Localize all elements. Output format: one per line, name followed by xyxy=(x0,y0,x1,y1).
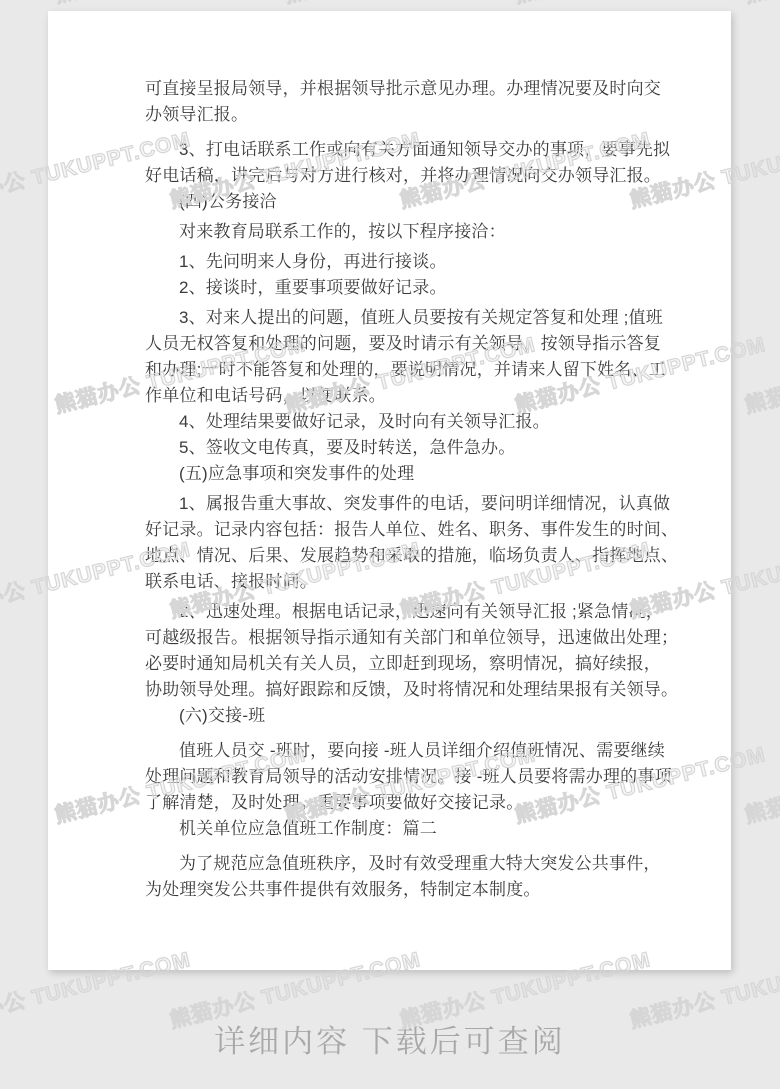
watermark-text: 熊猫办公 TUKUPPT.COM xyxy=(741,738,780,829)
text-line: 好电话稿，讲完后与对方进行核对，并将办理情况向交办领导汇报。 xyxy=(145,163,679,189)
text-line: 对来教育局联系工作的，按以下程序接洽： xyxy=(145,219,679,245)
document-page: 可直接呈报局领导，并根据领导批示意见办理。办理情况要及时向交办领导汇报。3、打电… xyxy=(48,11,731,970)
watermark-text: 熊猫办公 TUKUPPT.COM xyxy=(51,0,308,10)
text-line: (六)交接-班 xyxy=(145,703,679,729)
text-line: 为了规范应急值班秩序，及时有效受理重大特大突发公共事件， xyxy=(145,851,679,877)
text-line: 联系电话、接报时间。 xyxy=(145,569,679,595)
text-line: 值班人员交 -班时，要向接 -班人员详细介绍值班情况、需要继续 xyxy=(145,738,679,764)
text-line: 5、签收文电传真，要及时转送，急件急办。 xyxy=(145,435,679,461)
text-line: (五)应急事项和突发事件的处理 xyxy=(145,461,679,487)
text-line: 办领导汇报。 xyxy=(145,102,679,128)
text-line: 1、属报告重大事故、突发事件的电话，要问明详细情况，认真做 xyxy=(145,491,679,517)
watermark-text: 熊猫办公 TUKUPPT.COM xyxy=(281,0,538,10)
preview-background: { "colors": { "background": "#e9e9e9", "… xyxy=(0,0,780,1089)
text-line: 协助领导处理。搞好跟踪和反馈，及时将情况和处理结果报有关领导。 xyxy=(145,677,679,703)
watermark-text: 熊猫办公 TUKUPPT.COM xyxy=(511,0,768,10)
text-line: 处理问题和教育局领导的活动安排情况。接 -班人员要将需办理的事项 xyxy=(145,764,679,790)
text-line: 2、迅速处理。根据电话记录，迅速向有关领导汇报 ;紧急情况， xyxy=(145,599,679,625)
text-line: 为处理突发公共事件提供有效服务，特制定本制度。 xyxy=(145,877,679,903)
watermark-text: 熊猫办公 TUKUPPT.COM xyxy=(741,0,780,10)
text-line: 必要时通知局机关有关人员，立即赶到现场，察明情况，搞好续报， xyxy=(145,651,679,677)
document-text: 可直接呈报局领导，并根据领导批示意见办理。办理情况要及时向交办领导汇报。3、打电… xyxy=(145,76,679,903)
watermark-text: 熊猫办公 TUKUPPT.COM xyxy=(741,328,780,419)
text-line: 3、对来人提出的问题，值班人员要按有关规定答复和处理 ;值班 xyxy=(145,305,679,331)
download-caption: 详细内容 下载后可查阅 xyxy=(0,1016,780,1061)
text-line: 人员无权答复和处理的问题，要及时请示有关领导，按领导指示答复 xyxy=(145,331,679,357)
text-line: 可越级报告。根据领导指示通知有关部门和单位领导，迅速做出处理； xyxy=(145,625,679,651)
text-line: 地点、情况、后果、发展趋势和采取的措施，临场负责人、指挥地点、 xyxy=(145,543,679,569)
text-line: 了解清楚，及时处理。重要事项要做好交接记录。 xyxy=(145,790,679,816)
text-line: 作单位和电话号码，以便联系。 xyxy=(145,383,679,409)
text-line: 3、打电话联系工作或向有关方面通知领导交办的事项，要事先拟 xyxy=(145,137,679,163)
text-line: 4、处理结果要做好记录，及时向有关领导汇报。 xyxy=(145,409,679,435)
text-line: 可直接呈报局领导，并根据领导批示意见办理。办理情况要及时向交 xyxy=(145,76,679,102)
text-line: 和办理;一时不能答复和处理的，要说明情况，并请来人留下姓名、工 xyxy=(145,357,679,383)
text-line: 机关单位应急值班工作制度：篇二 xyxy=(145,816,679,842)
text-line: 2、接谈时，重要事项要做好记录。 xyxy=(145,275,679,301)
text-line: (四)公务接洽 xyxy=(145,189,679,215)
text-line: 好记录。记录内容包括：报告人单位、姓名、职务、事件发生的时间、 xyxy=(145,517,679,543)
text-line: 1、先问明来人身份，再进行接谈。 xyxy=(145,249,679,275)
